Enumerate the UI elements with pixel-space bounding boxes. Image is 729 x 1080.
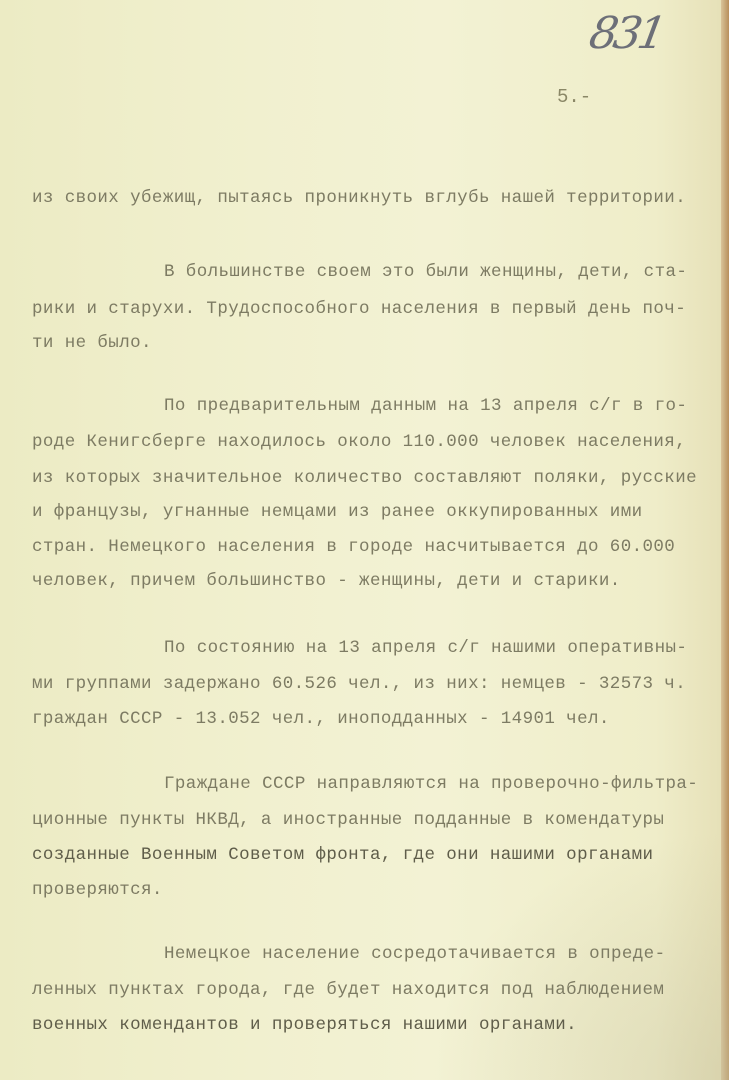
text-line: граждан СССР - 13.052 чел., иноподданных… [32, 709, 610, 729]
text-line: ти не было. [32, 333, 152, 353]
text-line: По состоянию на 13 апреля с/г нашими опе… [164, 638, 687, 658]
archive-sheet-number: 831 [586, 8, 667, 59]
text-line: и французы, угнанные немцами из ранее ок… [32, 502, 643, 522]
text-line: ми группами задержано 60.526 чел., из ни… [32, 674, 686, 694]
text-line: ционные пункты НКВД, а иностранные подда… [32, 810, 664, 830]
text-line: ленных пунктах города, где будет находит… [32, 980, 664, 1000]
text-line: из своих убежищ, пытаясь проникнуть вглу… [32, 188, 686, 208]
text-line: военных комендантов и проверяться нашими… [32, 1015, 577, 1035]
text-line: роде Кенигсберге находилось около 110.00… [32, 432, 686, 452]
text-line: Граждане СССР направляются на проверочно… [164, 774, 698, 794]
text-line: проверяются. [32, 880, 163, 900]
text-line: В большинстве своем это были женщины, де… [164, 262, 687, 282]
text-line: из которых значительное количество соста… [32, 468, 697, 488]
page-number: 5.- [557, 86, 591, 108]
text-line: По предварительным данным на 13 апреля с… [164, 396, 687, 416]
text-line: стран. Немецкого населения в городе насч… [32, 537, 675, 557]
text-line: рики и старухи. Трудоспособного населени… [32, 299, 686, 319]
text-line: человек, причем большинство - женщины, д… [32, 571, 621, 591]
text-line: Немецкое население сосредотачивается в о… [164, 944, 665, 964]
document-page: 831 5.- из своих убежищ, пытаясь проникн… [0, 0, 729, 1080]
text-line: созданные Военным Советом фронта, где он… [32, 845, 653, 865]
